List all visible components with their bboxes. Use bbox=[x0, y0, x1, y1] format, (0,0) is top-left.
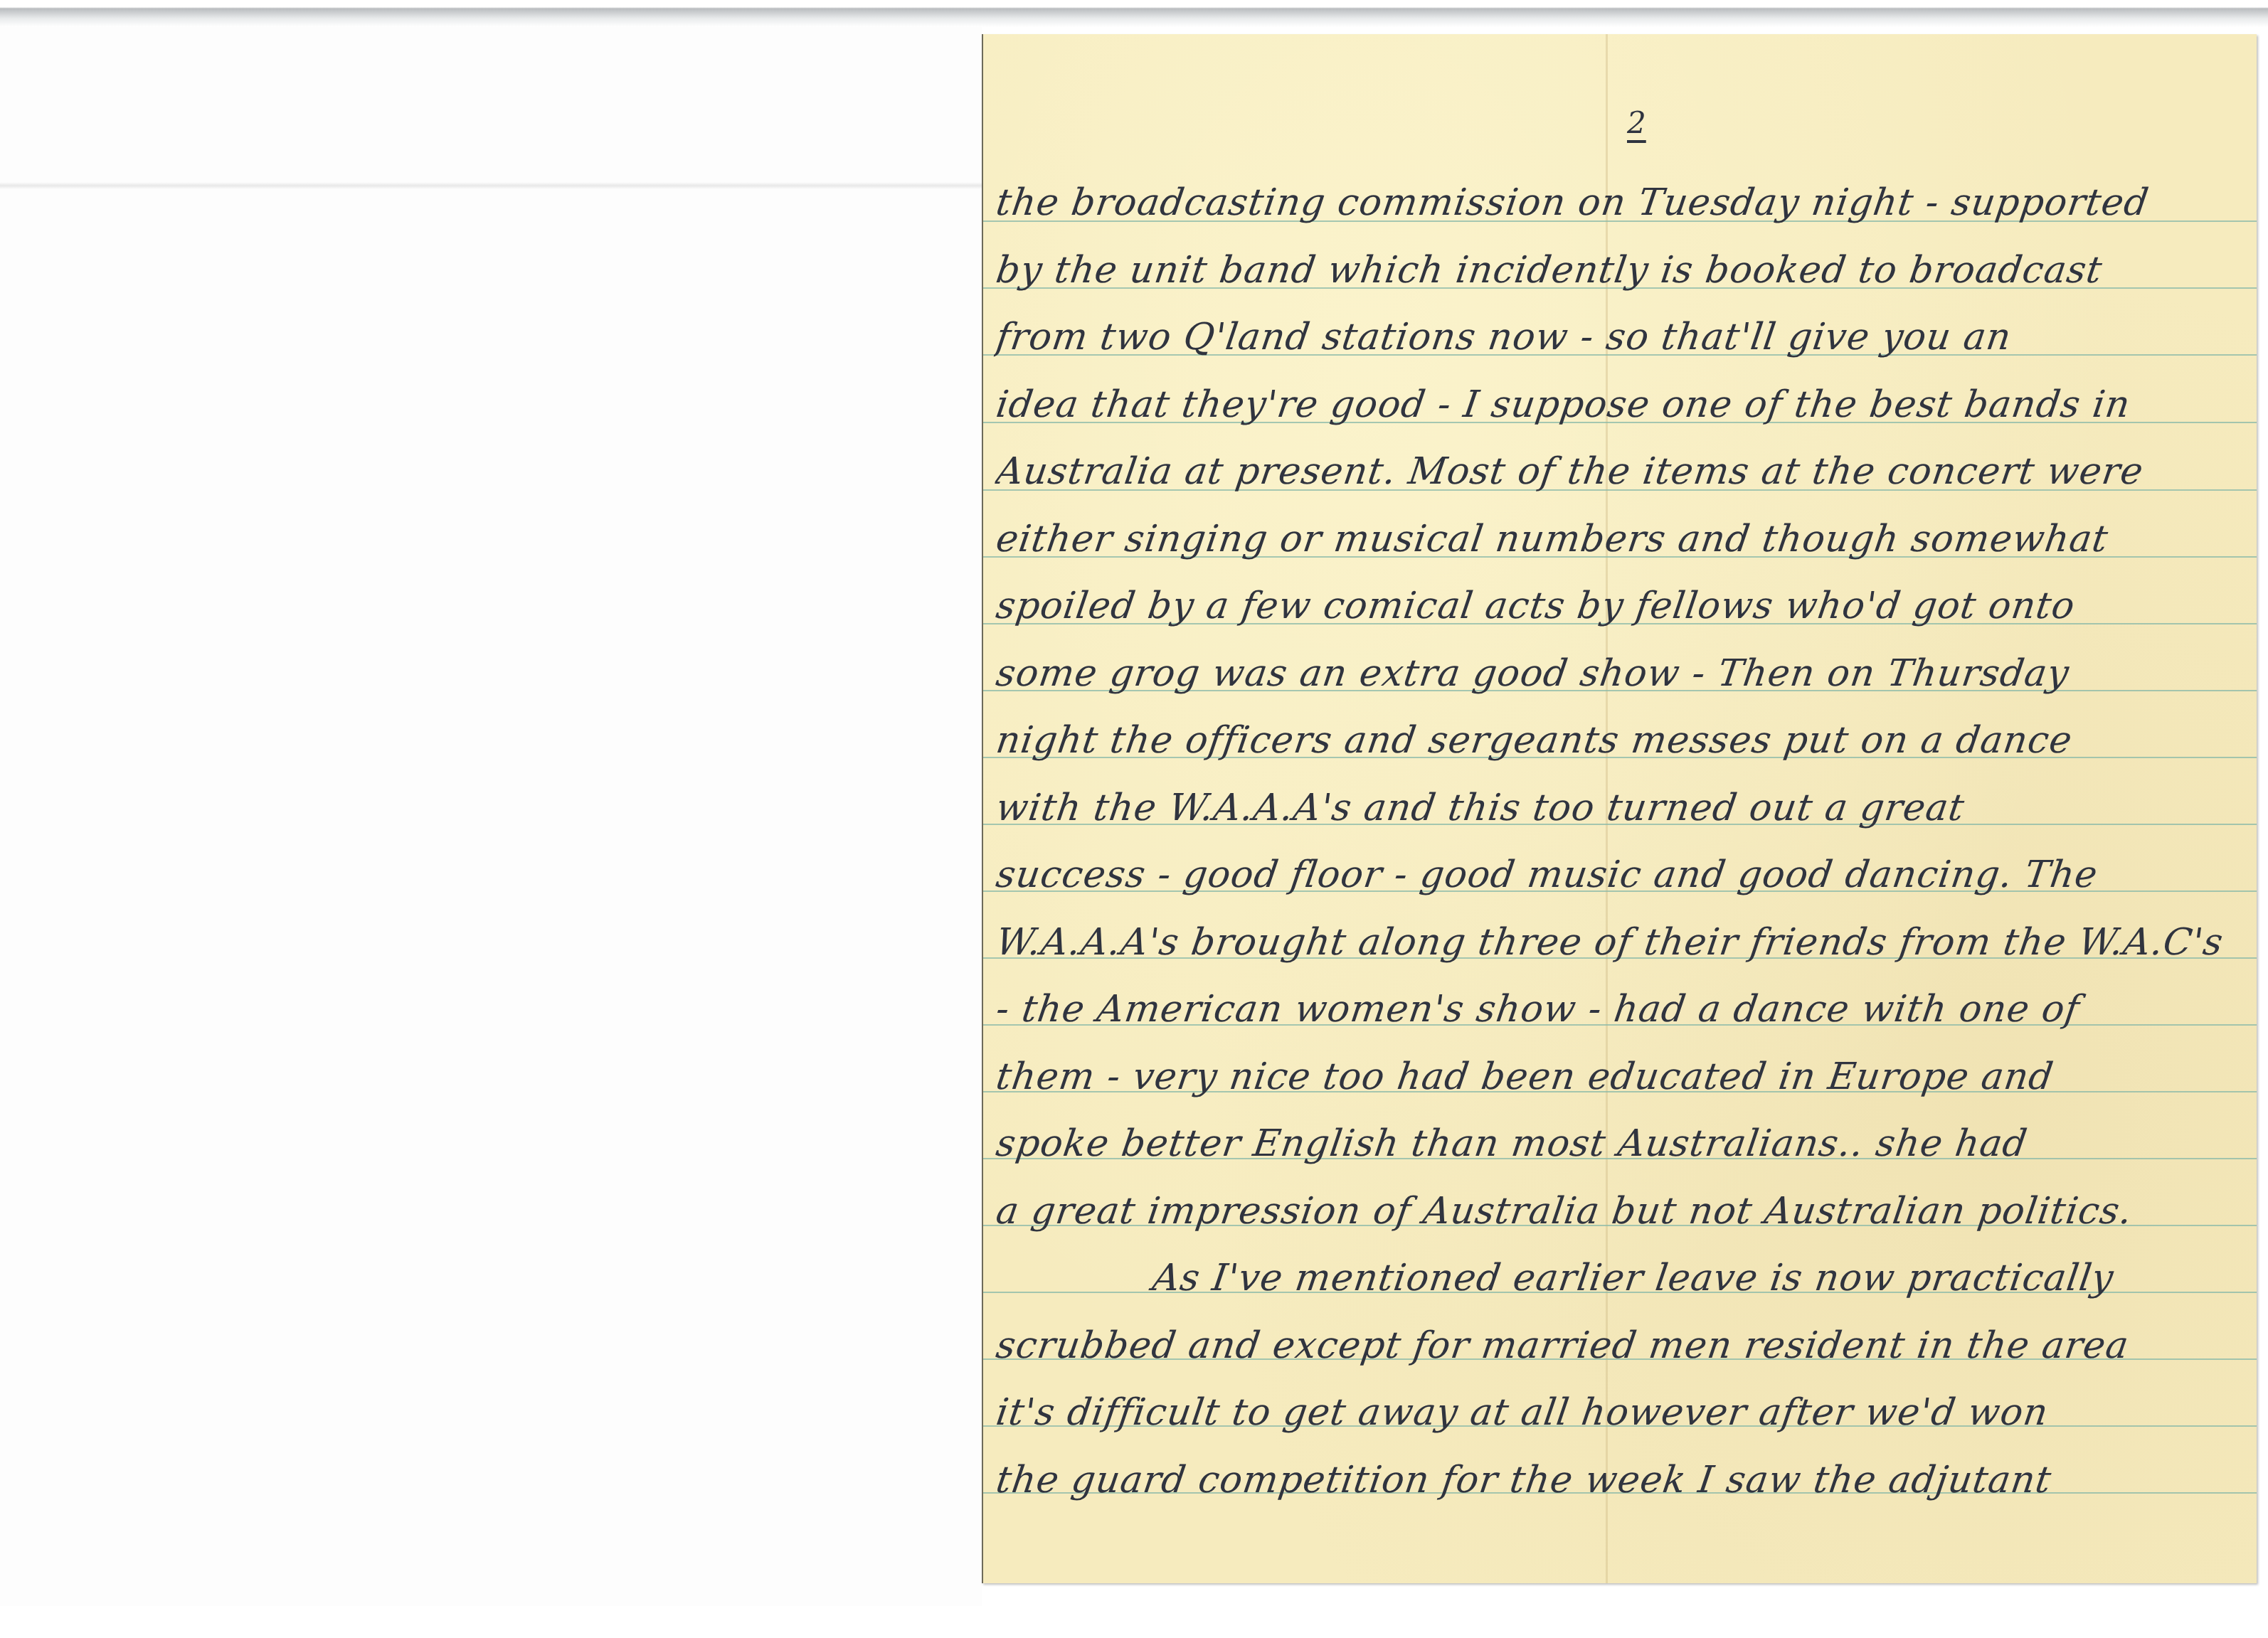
letter-page: 2 the broadcasting commission on Tuesday… bbox=[982, 34, 2257, 1583]
scanner-backing bbox=[0, 27, 982, 1606]
letter-body: the broadcasting commission on Tuesday n… bbox=[992, 169, 2244, 1514]
text-line: night the officers and sergeants messes … bbox=[992, 707, 2253, 775]
text-line: a great impression of Australia but not … bbox=[992, 1178, 2253, 1245]
scanner-edge-shadow bbox=[0, 0, 2268, 27]
text-line: either singing or musical numbers and th… bbox=[992, 506, 2253, 573]
text-line: the broadcasting commission on Tuesday n… bbox=[992, 169, 2253, 237]
text-line: with the W.A.A.A's and this too turned o… bbox=[992, 775, 2253, 842]
text-line-paragraph-start: As I've mentioned earlier leave is now p… bbox=[992, 1245, 2253, 1312]
text-line: by the unit band which incidently is boo… bbox=[992, 237, 2253, 304]
text-line: spoke better English than most Australia… bbox=[992, 1110, 2253, 1178]
text-line: it's difficult to get away at all howeve… bbox=[992, 1379, 2253, 1447]
backing-crease bbox=[0, 182, 982, 189]
text-line: spoiled by a few comical acts by fellows… bbox=[992, 573, 2253, 640]
text-line: Australia at present. Most of the items … bbox=[992, 438, 2253, 506]
text-line: success - good floor - good music and go… bbox=[992, 841, 2253, 909]
text-line: scrubbed and except for married men resi… bbox=[992, 1312, 2253, 1380]
text-line: some grog was an extra good show - Then … bbox=[992, 640, 2253, 708]
text-line: from two Q'land stations now - so that'l… bbox=[992, 304, 2253, 371]
text-line: idea that they're good - I suppose one o… bbox=[992, 371, 2253, 439]
text-line: the guard competition for the week I saw… bbox=[992, 1447, 2253, 1514]
text-line: them - very nice too had been educated i… bbox=[992, 1043, 2253, 1111]
page-number: 2 bbox=[1627, 105, 1646, 140]
text-line: - the American women's show - had a danc… bbox=[992, 976, 2253, 1043]
text-line: W.A.A.A's brought along three of their f… bbox=[992, 909, 2253, 977]
